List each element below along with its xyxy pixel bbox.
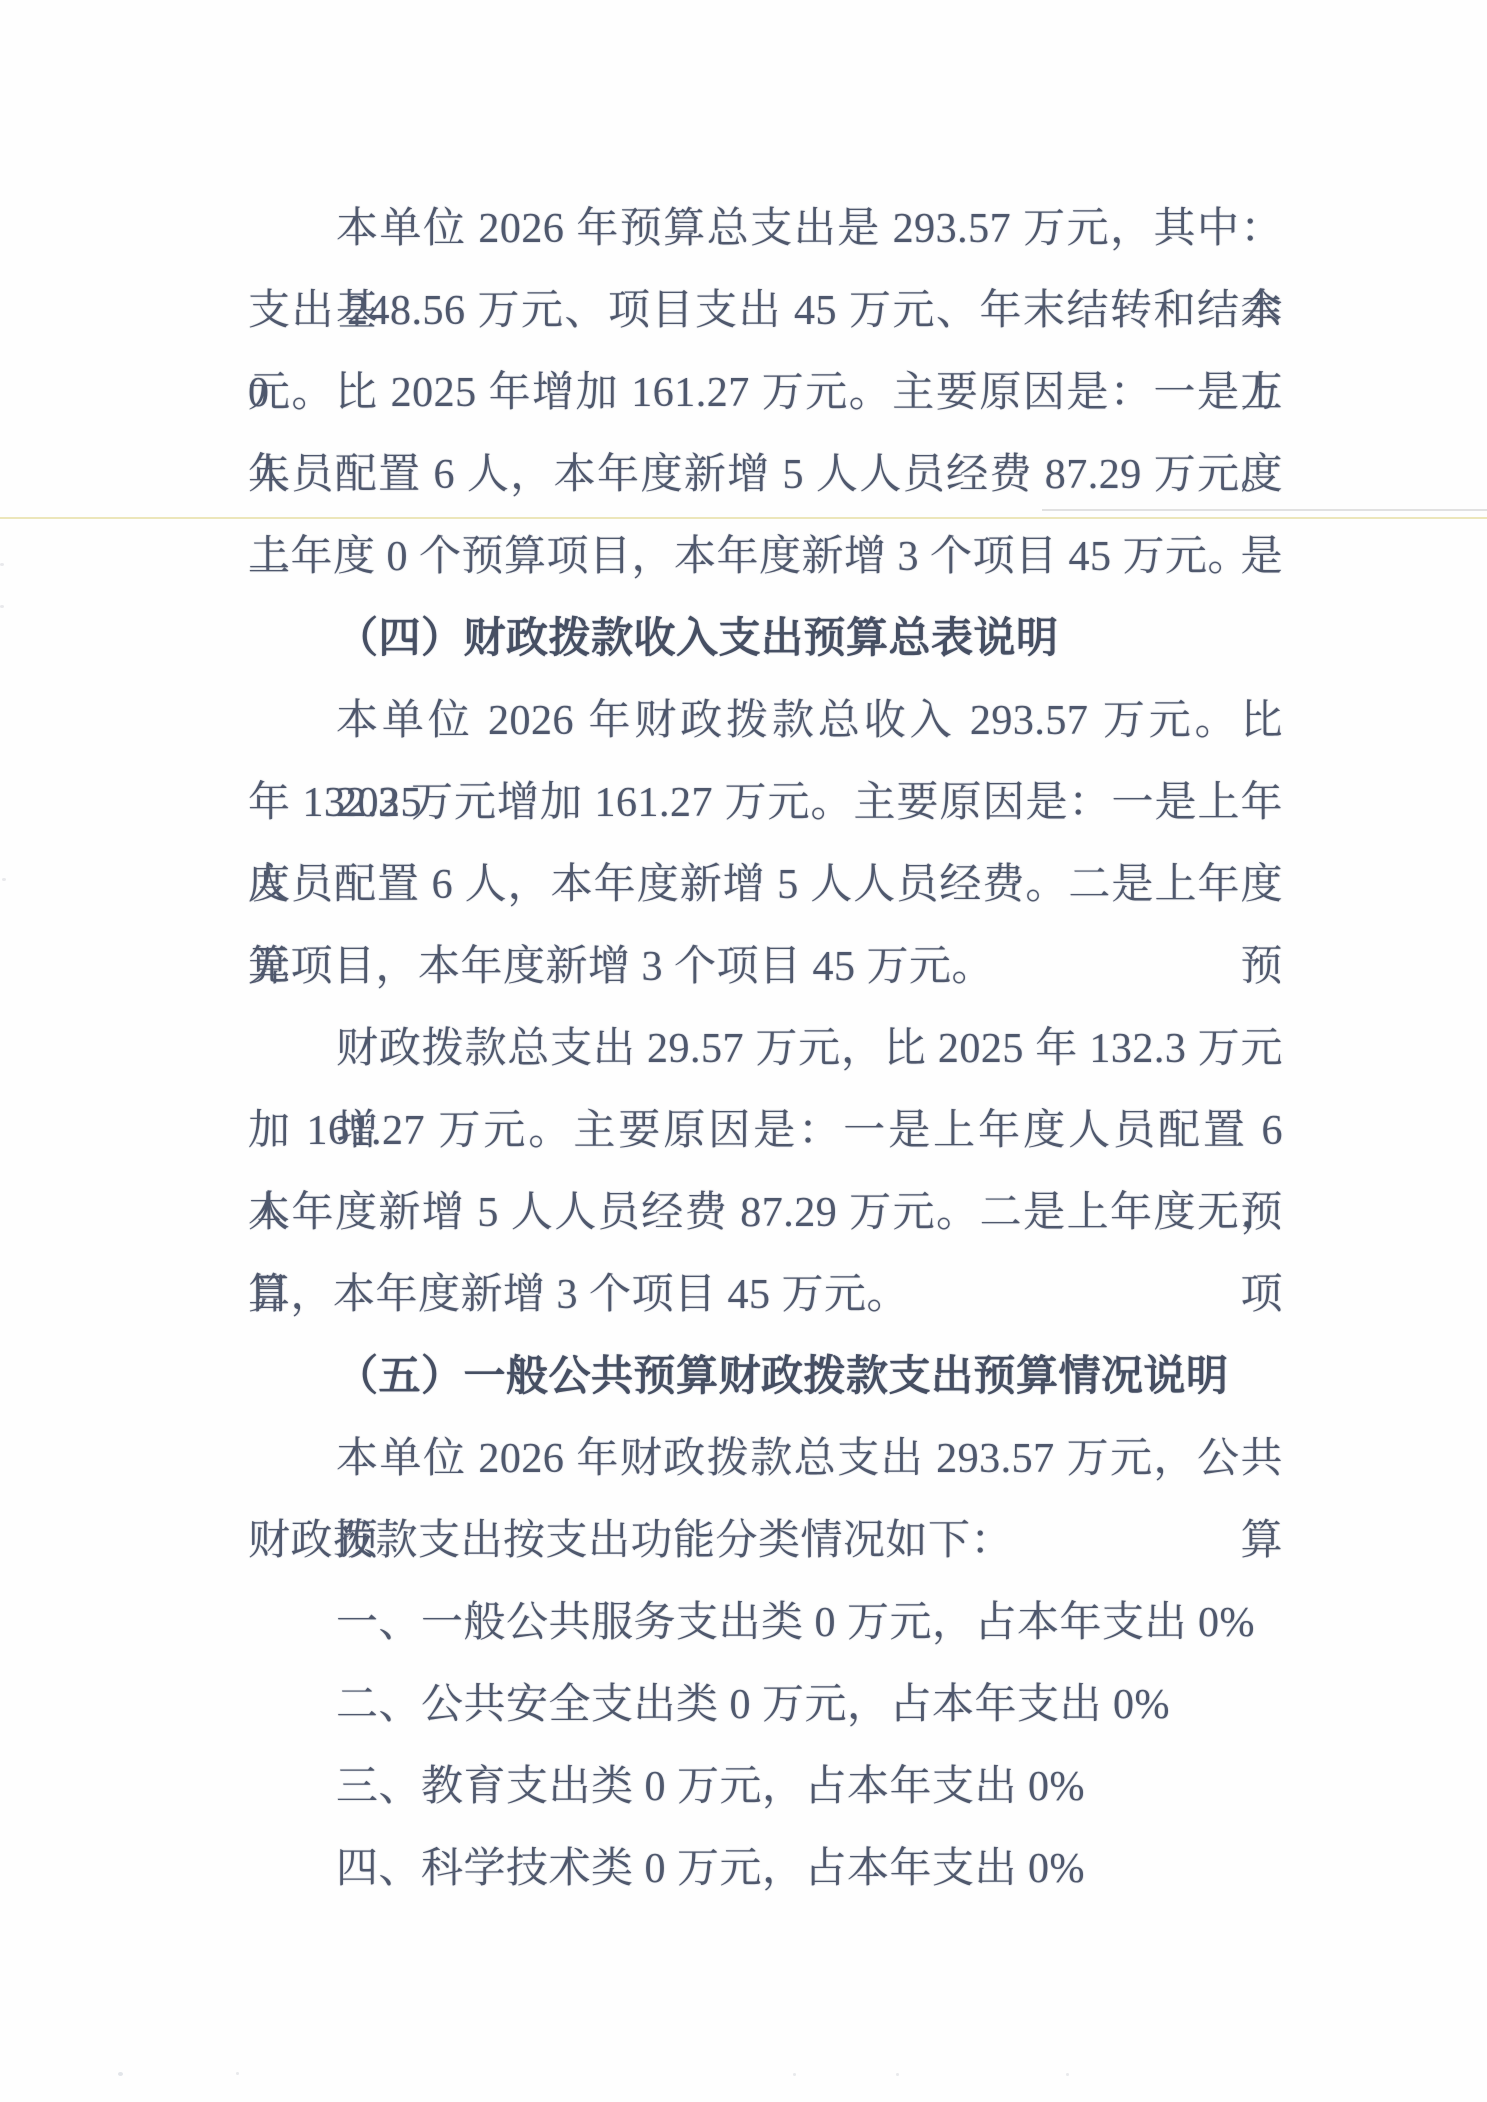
paragraph-line: 支出 248.56 万元、项目支出 45 万元、年末结转和结余 0 万	[248, 270, 1283, 352]
scan-speck	[118, 2072, 123, 2076]
paragraph-line: 本单位 2026 年财政拨款总支出 293.57 万元，公共预算	[248, 1418, 1283, 1500]
paragraph-line: 年 132.3 万元增加 161.27 万元。主要原因是：一是上年度	[248, 762, 1283, 844]
list-item: 二、公共安全支出类 0 万元，占本年支出 0%	[248, 1664, 1283, 1746]
paragraph-line: 人员配置 6 人，本年度新增 5 人人员经费。二是上年度无预	[248, 844, 1283, 926]
scan-speck	[2, 878, 6, 881]
scan-speck	[793, 2073, 796, 2076]
document-text-block: 本单位 2026 年预算总支出是 293.57 万元，其中：基本 支出 248.…	[248, 188, 1283, 1910]
paragraph-line: 加 161.27 万元。主要原因是：一是上年度人员配置 6 人，	[248, 1090, 1283, 1172]
paragraph-line: 上年度 0 个预算项目，本年度新增 3 个项目 45 万元。	[248, 516, 1283, 598]
paragraph-line: 本年度新增 5 人人员经费 87.29 万元。二是上年度无预算项	[248, 1172, 1283, 1254]
paragraph-line: 本单位 2026 年财政拨款总收入 293.57 万元。比 2025	[248, 680, 1283, 762]
list-item: 一、一般公共服务支出类 0 万元，占本年支出 0%	[248, 1582, 1283, 1664]
scan-speck	[1066, 2073, 1069, 2076]
paragraph-line: 财政拨款总支出 29.57 万元，比 2025 年 132.3 万元增	[248, 1008, 1283, 1090]
paragraph-line: 人员配置 6 人，本年度新增 5 人人员经费 87.29 万元。二是	[248, 434, 1283, 516]
paragraph-line: 元。比 2025 年增加 161.27 万元。主要原因是：一是上年度	[248, 352, 1283, 434]
scan-speck	[0, 605, 4, 608]
scan-speck	[0, 563, 4, 566]
list-item: 三、教育支出类 0 万元，占本年支出 0%	[248, 1746, 1283, 1828]
scan-speck	[896, 2073, 899, 2076]
section-heading: （五）一般公共预算财政拨款支出预算情况说明	[248, 1336, 1283, 1418]
paragraph-line: 本单位 2026 年预算总支出是 293.57 万元，其中：基本	[248, 188, 1283, 270]
scanned-document-page: 本单位 2026 年预算总支出是 293.57 万元，其中：基本 支出 248.…	[0, 0, 1487, 2102]
list-item: 四、科学技术类 0 万元，占本年支出 0%	[248, 1828, 1283, 1910]
section-heading: （四）财政拨款收入支出预算总表说明	[248, 598, 1283, 680]
scan-speck	[236, 2072, 239, 2075]
